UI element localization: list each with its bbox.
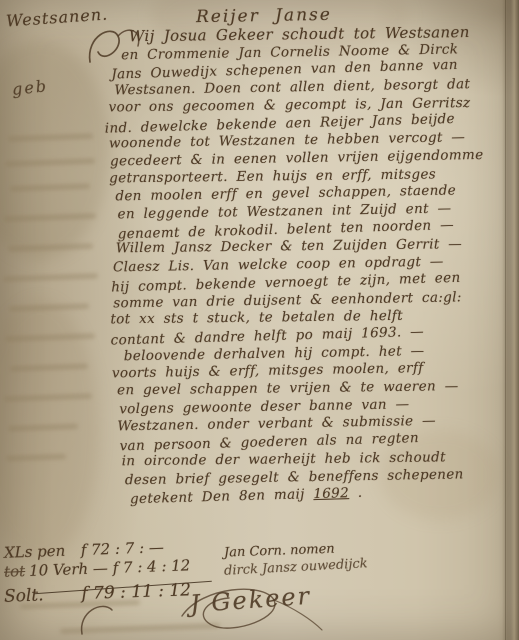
accounting-amount: f 7 : 4 : 12 (112, 556, 190, 577)
date-prefix: getekent Den 8en maij (130, 486, 314, 507)
bleedthrough-line (8, 244, 93, 252)
bleedthrough-line (6, 454, 66, 461)
accounting-row-total: Solt. f 79 : 11 : 12 (4, 580, 220, 606)
accounting-label: Solt. (4, 585, 77, 607)
margin-mark: geb (11, 76, 49, 99)
accounting-label: XLs pen (4, 541, 77, 563)
bleedthrough-line (3, 273, 98, 281)
deed-body: Wij Josua Gekeer schoudt tot Westsanen e… (101, 24, 511, 506)
bleedthrough-line (5, 333, 95, 341)
bleedthrough-line (4, 393, 92, 401)
bleedthrough-line (10, 364, 88, 372)
bleedthrough-line (8, 134, 93, 142)
crossed-out-word: tot (4, 562, 26, 581)
accounting-label: 10 Verh — (29, 559, 108, 581)
signature-schout: J Gekeer (190, 584, 368, 613)
signature-block: Jan Corn. nomen dirck Jansz ouwedijck J … (224, 542, 368, 607)
accounting-amount: f 72 : 7 : — (80, 538, 164, 559)
bleedthrough-line (4, 213, 96, 221)
bleedthrough-line (10, 184, 90, 192)
accounting-amount: f 79 : 11 : 12 (81, 580, 191, 604)
tax-accounting-block: XLs pen f 72 : 7 : — tot10 Verh — f 7 : … (4, 540, 219, 603)
date-suffix: . (349, 485, 363, 501)
bleedthrough-line (60, 623, 220, 634)
manuscript-page: Westsanen. Reijer Janse geb Wij Josua Ge… (0, 0, 519, 640)
bleedthrough-line (9, 304, 89, 312)
paper-stain (0, 40, 110, 260)
bleedthrough-line (8, 424, 78, 431)
date-year: 1692 (313, 485, 349, 502)
bleedthrough-line (5, 158, 95, 166)
header-deed-title: Reijer Janse (196, 5, 332, 27)
header-place-label: Westsanen. (5, 4, 108, 30)
